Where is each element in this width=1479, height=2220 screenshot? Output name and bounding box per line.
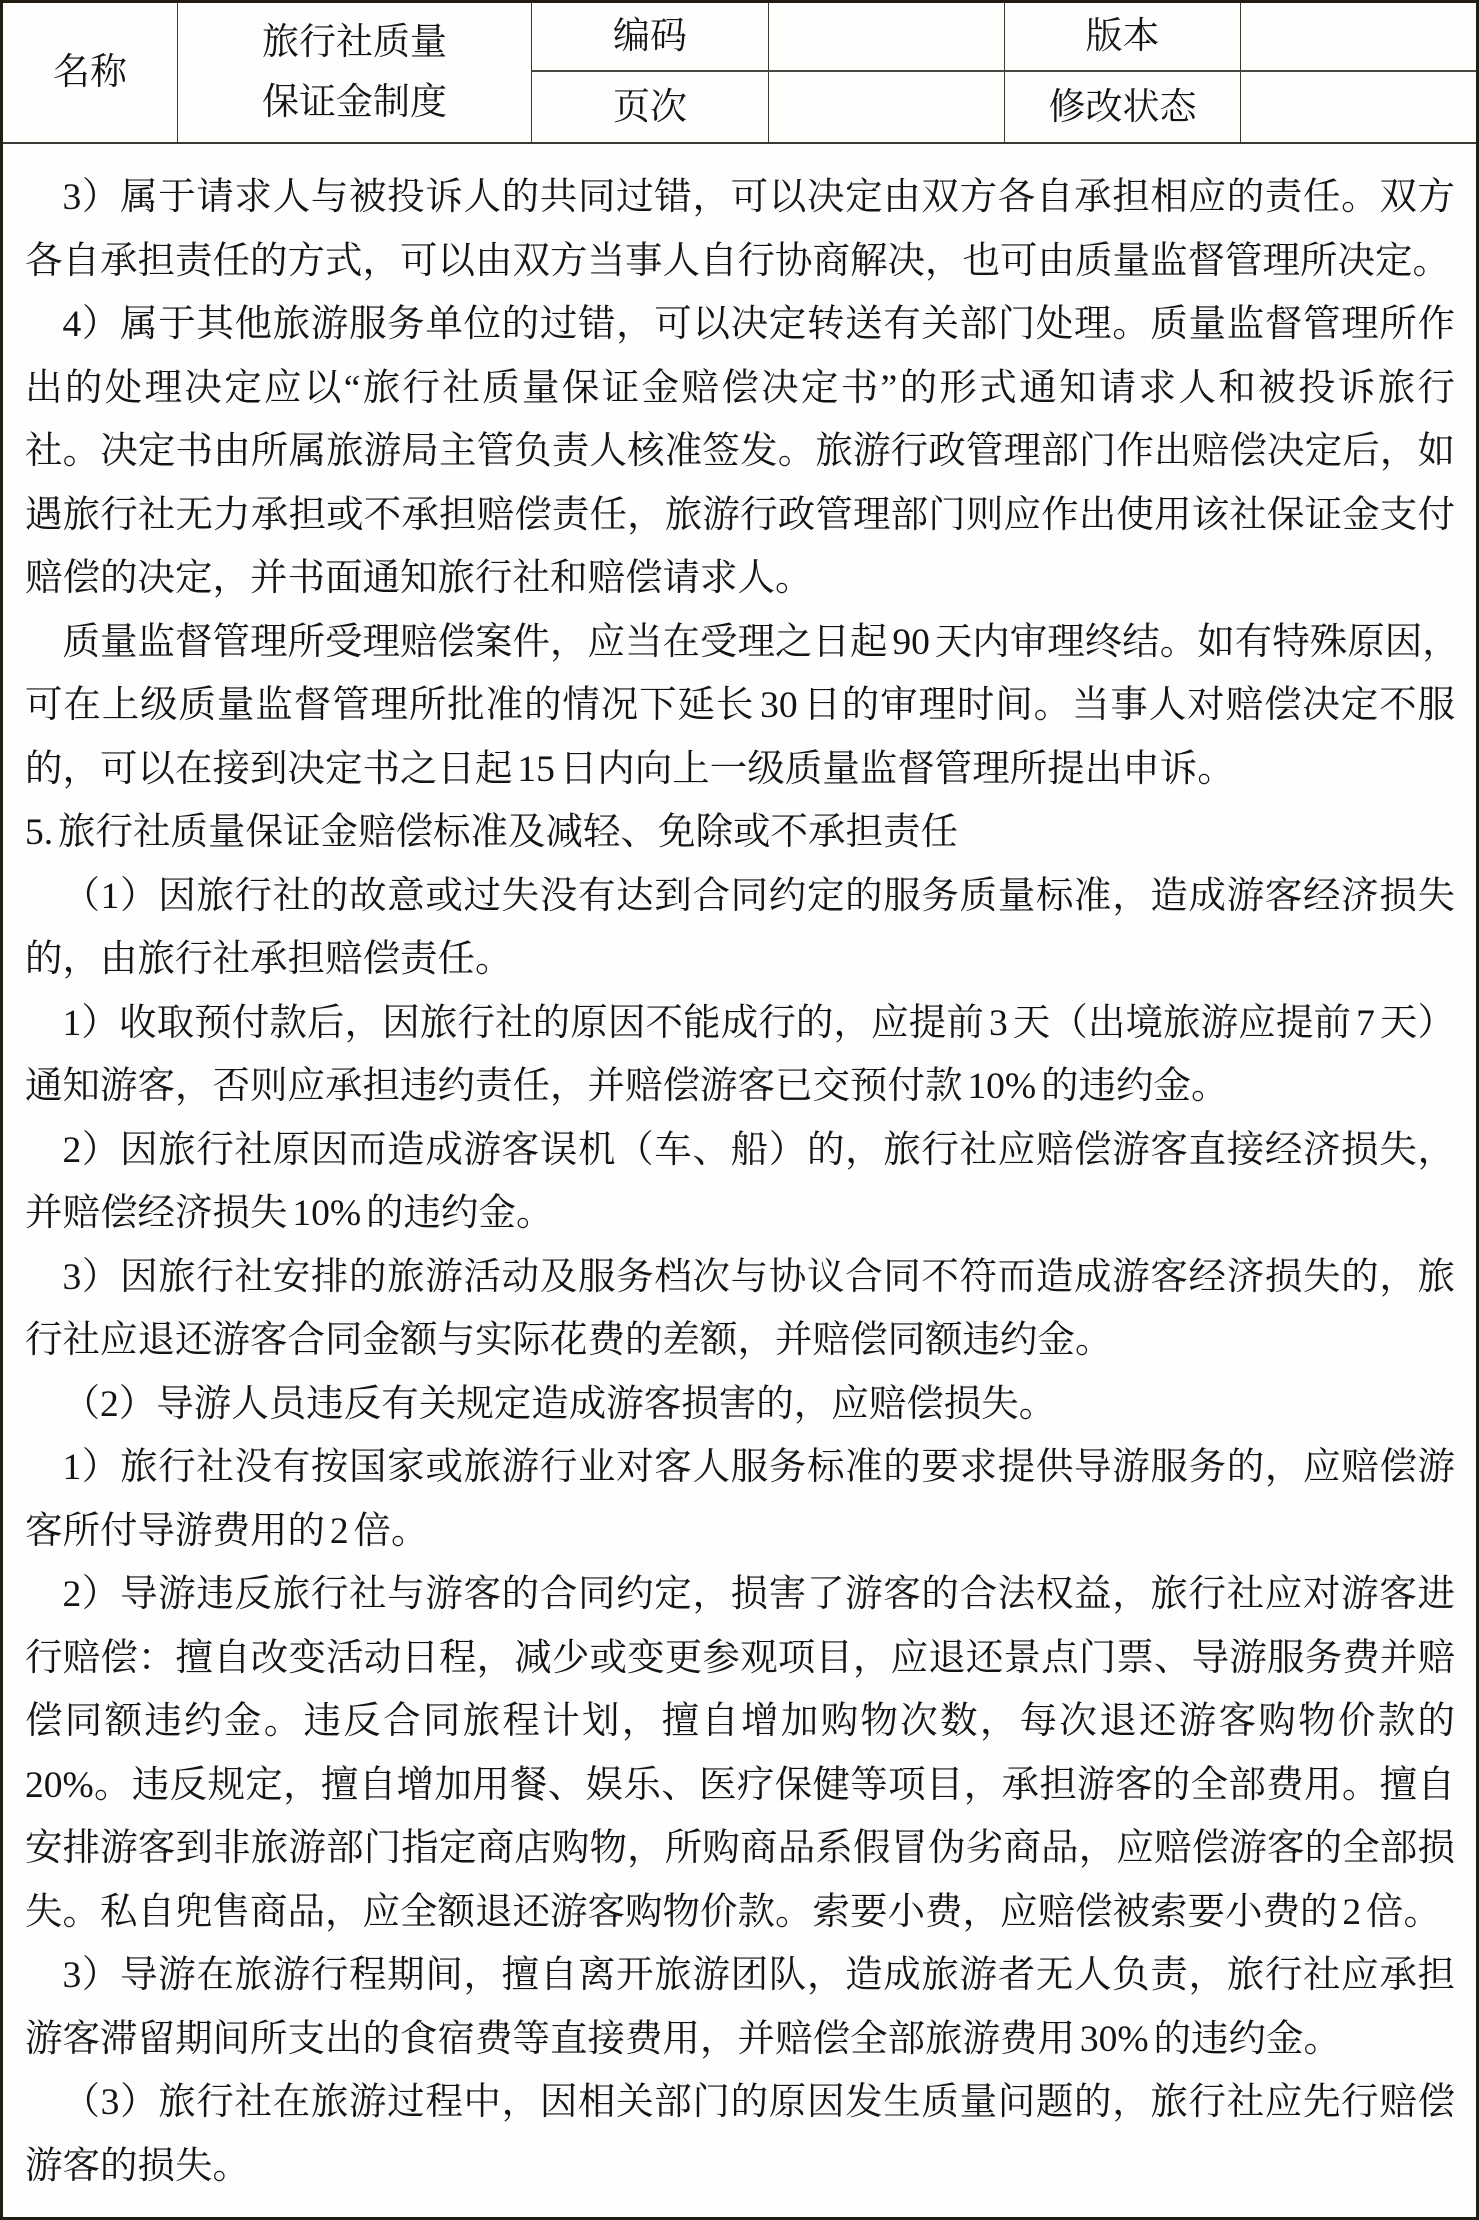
paragraph-item-(3): （3）旅行社在旅游过程中，因相关部门的原因发生质量问题的，旅行社应先行赔偿 游客… [25, 2071, 1455, 2198]
page-label-cell: 页次 [532, 72, 769, 142]
text-line: 客所付导游费用的 2 倍。 [25, 1500, 1455, 1564]
version-value-cell [1241, 3, 1476, 72]
text-line: （1）因旅行社的故意或过失没有达到合同约定的服务质量标准，造成游客经济损失 [25, 865, 1455, 929]
revision-value-cell [1241, 72, 1476, 142]
text-line: （2）导游人员违反有关规定造成游客损害的，应赔偿损失。 [25, 1373, 1455, 1437]
text-line: 并赔偿经济损失 10% 的违约金。 [25, 1182, 1455, 1246]
paragraph-review-period: 质量监督管理所受理赔偿案件，应当在受理之日起 90 天内审理终结。如有特殊原因，… [25, 611, 1455, 802]
text-line: 失。私自兜售商品，应全额退还游客购物价款。索要小费，应赔偿被索要小费的 2 倍。 [25, 1881, 1455, 1945]
text-line: 的，可以在接到决定书之日起 15 日内向上一级质量监督管理所提出申诉。 [25, 738, 1455, 802]
page-value-cell [769, 72, 1005, 142]
code-label: 编码 [613, 18, 687, 55]
document-title-line-2: 保证金制度 [262, 73, 447, 133]
text-line: 偿同额违约金。违反合同旅程计划，擅自增加购物次数，每次退还游客购物价款的 [25, 1690, 1455, 1754]
paragraph-item-4: 4）属于其他旅游服务单位的过错，可以决定转送有关部门处理。质量监督管理所作 出的… [25, 293, 1455, 611]
text-line: 20%。违反规定，擅自增加用餐、娱乐、医疗保健等项目，承担游客的全部费用。擅自 [25, 1754, 1455, 1818]
code-value-cell [769, 3, 1005, 72]
text-line: 遇旅行社无力承担或不承担赔偿责任，旅游行政管理部门则应作出使用该社保证金支付 [25, 484, 1455, 548]
text-line: 出的处理决定应以“旅行社质量保证金赔偿决定书”的形式通知请求人和被投诉旅行 [25, 357, 1455, 421]
paragraph-item-2-guide-violation: 2）导游违反旅行社与游客的合同约定，损害了游客的合法权益，旅行社应对游客进 行赔… [25, 1563, 1455, 1944]
revision-label: 修改状态 [1049, 89, 1197, 126]
section-heading-text: 5. 旅行社质量保证金赔偿标准及减轻、免除或不承担责任 [25, 801, 1455, 865]
text-line: 行赔偿：擅自改变活动日程，减少或变更参观项目，应退还景点门票、导游服务费并赔 [25, 1627, 1455, 1691]
paragraph-item-3-guide-absence: 3）导游在旅游行程期间，擅自离开旅游团队，造成旅游者无人负责，旅行社应承担 游客… [25, 1944, 1455, 2071]
paragraph-item-3-service-mismatch: 3）因旅行社安排的旅游活动及服务档次与协议合同不符而造成游客经济损失的，旅 行社… [25, 1246, 1455, 1373]
page-label: 页次 [613, 89, 687, 126]
text-line: 1）收取预付款后，因旅行社的原因不能成行的，应提前 3 天（出境旅游应提前 7 … [25, 992, 1455, 1056]
code-label-cell: 编码 [532, 3, 769, 72]
revision-label-cell: 修改状态 [1005, 72, 1241, 142]
text-line: 3）导游在旅游行程期间，擅自离开旅游团队，造成旅游者无人负责，旅行社应承担 [25, 1944, 1455, 2008]
paragraph-item-3: 3）属于请求人与被投诉人的共同过错，可以决定由双方各自承担相应的责任。双方 各自… [25, 166, 1455, 293]
version-label-cell: 版本 [1005, 3, 1241, 72]
name-label: 名称 [53, 54, 127, 91]
name-label-cell: 名称 [3, 3, 178, 142]
text-line: 赔偿的决定，并书面通知旅行社和赔偿请求人。 [25, 547, 1455, 611]
document-body: 3）属于请求人与被投诉人的共同过错，可以决定由双方各自承担相应的责任。双方 各自… [25, 166, 1455, 2198]
text-line: 通知游客，否则应承担违约责任，并赔偿游客已交预付款 10% 的违约金。 [25, 1055, 1455, 1119]
text-line: 游客的损失。 [25, 2135, 1455, 2199]
document-title-line-1: 旅行社质量 [262, 13, 447, 73]
text-line: 游客滞留期间所支出的食宿费等直接费用，并赔偿全部旅游费用 30% 的违约金。 [25, 2008, 1455, 2072]
text-line: 3）属于请求人与被投诉人的共同过错，可以决定由双方各自承担相应的责任。双方 [25, 166, 1455, 230]
paragraph-item-(1): （1）因旅行社的故意或过失没有达到合同约定的服务质量标准，造成游客经济损失 的，… [25, 865, 1455, 992]
text-line: 质量监督管理所受理赔偿案件，应当在受理之日起 90 天内审理终结。如有特殊原因， [25, 611, 1455, 675]
paragraph-item-(2): （2）导游人员违反有关规定造成游客损害的，应赔偿损失。 [25, 1373, 1455, 1437]
version-label: 版本 [1086, 18, 1160, 55]
text-line: 2）导游违反旅行社与游客的合同约定，损害了游客的合法权益，旅行社应对游客进 [25, 1563, 1455, 1627]
text-line: 可在上级质量监督管理所批准的情况下延长 30 日的审理时间。当事人对赔偿决定不服 [25, 674, 1455, 738]
section-heading-5: 5. 旅行社质量保证金赔偿标准及减轻、免除或不承担责任 [25, 801, 1455, 865]
text-line: 社。决定书由所属旅游局主管负责人核准签发。旅游行政管理部门作出赔偿决定后，如 [25, 420, 1455, 484]
document-title-cell: 旅行社质量 保证金制度 [178, 3, 532, 142]
text-line: 3）因旅行社安排的旅游活动及服务档次与协议合同不符而造成游客经济损失的，旅 [25, 1246, 1455, 1310]
text-line: 1）旅行社没有按国家或旅游行业对客人服务标准的要求提供导游服务的，应赔偿游 [25, 1436, 1455, 1500]
text-line: 2）因旅行社原因而造成游客误机（车、船）的，旅行社应赔偿游客直接经济损失， [25, 1119, 1455, 1183]
text-line: （3）旅行社在旅游过程中，因相关部门的原因发生质量问题的，旅行社应先行赔偿 [25, 2071, 1455, 2135]
text-line: 4）属于其他旅游服务单位的过错，可以决定转送有关部门处理。质量监督管理所作 [25, 293, 1455, 357]
document-header-table: 名称 旅行社质量 保证金制度 编码 版本 页次 修改状态 [3, 3, 1476, 144]
text-line: 的，由旅行社承担赔偿责任。 [25, 928, 1455, 992]
text-line: 安排游客到非旅游部门指定商店购物，所购商品系假冒伪劣商品，应赔偿游客的全部损 [25, 1817, 1455, 1881]
text-line: 行社应退还游客合同金额与实际花费的差额，并赔偿同额违约金。 [25, 1309, 1455, 1373]
paragraph-item-2-missed-transport: 2）因旅行社原因而造成游客误机（车、船）的，旅行社应赔偿游客直接经济损失， 并赔… [25, 1119, 1455, 1246]
paragraph-item-1-guide-service: 1）旅行社没有按国家或旅游行业对客人服务标准的要求提供导游服务的，应赔偿游 客所… [25, 1436, 1455, 1563]
paragraph-item-1-prepayment: 1）收取预付款后，因旅行社的原因不能成行的，应提前 3 天（出境旅游应提前 7 … [25, 992, 1455, 1119]
document-page: 名称 旅行社质量 保证金制度 编码 版本 页次 修改状态 [0, 0, 1479, 2220]
text-line: 各自承担责任的方式，可以由双方当事人自行协商解决，也可由质量监督管理所决定。 [25, 230, 1455, 294]
